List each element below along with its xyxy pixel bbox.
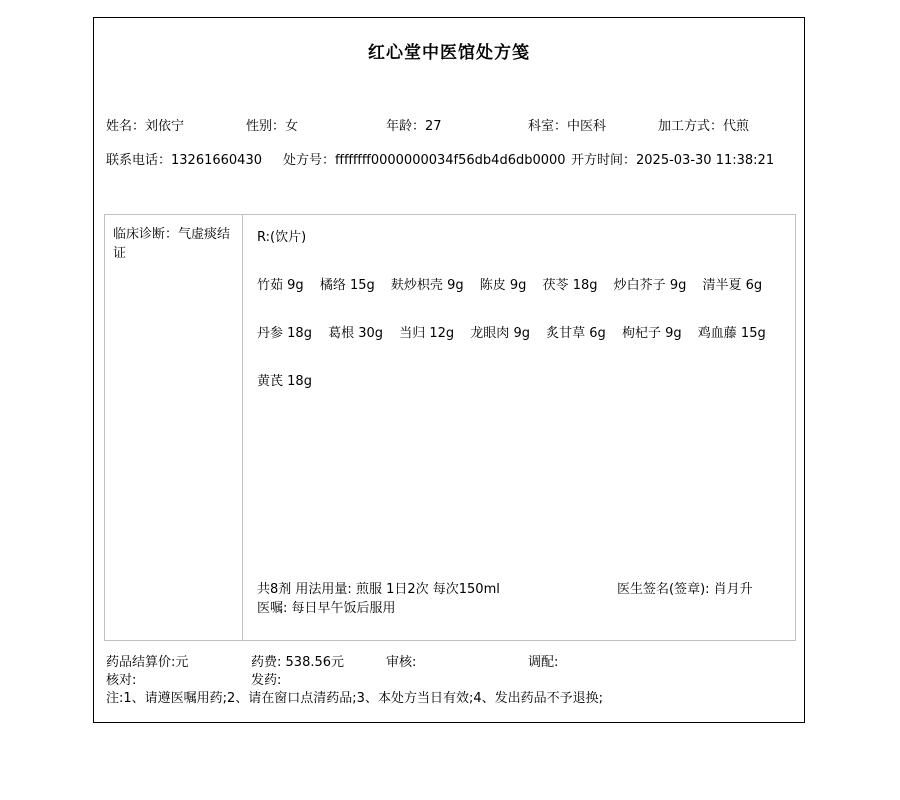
herb-dose: 9g	[670, 278, 687, 293]
field-label: 姓名：	[106, 119, 145, 134]
herb-dose: 6g	[589, 326, 606, 341]
prescription-table: 临床诊断：气虚痰结证 R:(饮片) 竹茹 9g 橘络 15g 麸炒枳壳 9g 陈…	[104, 214, 796, 641]
herb-item: 龙眼肉 9g	[470, 326, 530, 341]
prescription-sheet: 红心堂中医馆处方笺 姓名：刘依宁 性别：女 年龄：27 科室：中医科 加工方式：…	[93, 17, 805, 723]
herb-name: 麸炒枳壳	[391, 278, 443, 293]
usage-block: 共8剂 用法用量: 煎服 1日2次 每次150ml 医生签名(签章): 肖月升 …	[257, 580, 781, 618]
herb-name: 当归	[399, 326, 425, 341]
field-medicine-fee: 药费: 538.56元	[251, 654, 344, 672]
usage-value: 煎服 1日2次 每次150ml	[356, 582, 500, 597]
herb-name: 黄芪	[257, 374, 283, 389]
prescription-page: 红心堂中医馆处方笺 姓名：刘依宁 性别：女 年龄：27 科室：中医科 加工方式：…	[0, 0, 900, 800]
field-label: 处方号：	[283, 153, 335, 168]
herb-dose: 6g	[746, 278, 763, 293]
field-label: 发药:	[251, 673, 281, 688]
herb-name: 橘络	[320, 278, 346, 293]
herb-dose: 18g	[287, 374, 312, 389]
herb-dose: 9g	[287, 278, 304, 293]
herb-item: 橘络 15g	[320, 278, 375, 293]
herb-dose: 9g	[665, 326, 682, 341]
field-processing-method: 加工方式：代煎	[658, 118, 749, 136]
herb-item: 清半夏 6g	[703, 278, 763, 293]
rx-header: R:(饮片)	[257, 229, 781, 247]
herb-dose: 9g	[510, 278, 527, 293]
field-value: 刘依宁	[145, 119, 184, 134]
instruction-label: 医嘱:	[257, 601, 287, 616]
usage-label: 用法用量:	[295, 582, 351, 597]
herb-name: 炒白芥子	[614, 278, 666, 293]
field-value: 女	[285, 119, 298, 134]
field-phone: 联系电话：13261660430	[106, 152, 262, 170]
herb-dose: 18g	[573, 278, 598, 293]
herb-dose: 15g	[350, 278, 375, 293]
doctor-signature-label: 医生签名(签章):	[617, 582, 710, 597]
field-label: 加工方式：	[658, 119, 723, 134]
herb-item: 鸡血藤 15g	[698, 326, 766, 341]
herb-item: 茯苓 18g	[543, 278, 598, 293]
patient-info-row-2: 联系电话：13261660430 处方号：ffffffff0000000034f…	[94, 152, 804, 170]
instruction-line: 医嘱: 每日早午饭后服用	[257, 599, 781, 618]
herb-item: 陈皮 9g	[480, 278, 527, 293]
field-value: 538.56元	[281, 655, 344, 670]
field-value: 13261660430	[171, 153, 262, 168]
herb-name: 丹参	[257, 326, 283, 341]
footer-note: 注:1、请遵医嘱用药;2、请在窗口点清药品;3、本处方当日有效;4、发出药品不予…	[106, 691, 603, 706]
footer-note-row: 注:1、请遵医嘱用药;2、请在窗口点清药品;3、本处方当日有效;4、发出药品不予…	[106, 690, 792, 708]
herb-item: 当归 12g	[399, 326, 454, 341]
field-settlement-price: 药品结算价:元	[106, 654, 188, 672]
doctor-signature-name: 肖月升	[714, 582, 753, 597]
field-department: 科室：中医科	[528, 118, 606, 136]
herb-line-1: 竹茹 9g 橘络 15g 麸炒枳壳 9g 陈皮 9g 茯苓 18g 炒白芥子 9…	[257, 277, 781, 295]
field-label: 性别：	[246, 119, 285, 134]
field-dispense-prepare: 调配:	[528, 654, 558, 672]
herb-item: 黄芪 18g	[257, 374, 312, 389]
field-label: 调配:	[528, 655, 558, 670]
page-title: 红心堂中医馆处方笺	[94, 38, 804, 63]
footer-row-1: 药品结算价:元 药费: 538.56元 审核: 调配:	[106, 654, 792, 672]
field-issue-medicine: 发药:	[251, 672, 281, 690]
patient-info-row-1: 姓名：刘依宁 性别：女 年龄：27 科室：中医科 加工方式：代煎	[94, 118, 804, 136]
herb-name: 清半夏	[703, 278, 742, 293]
clinical-diagnosis-cell: 临床诊断：气虚痰结证	[105, 215, 243, 640]
diagnosis-label: 临床诊断：	[113, 227, 178, 242]
field-label: 联系电话：	[106, 153, 171, 168]
herb-item: 枸杞子 9g	[622, 326, 682, 341]
field-gender: 性别：女	[246, 118, 298, 136]
herb-dose: 9g	[513, 326, 530, 341]
herb-line-2: 丹参 18g 葛根 30g 当归 12g 龙眼肉 9g 炙甘草 6g 枸杞子 9…	[257, 325, 781, 343]
instruction-value: 每日早午饭后服用	[292, 601, 396, 616]
usage-line: 共8剂 用法用量: 煎服 1日2次 每次150ml 医生签名(签章): 肖月升	[257, 580, 781, 599]
field-check: 核对:	[106, 672, 136, 690]
field-issue-time: 开方时间：2025-03-30 11:38:21	[571, 152, 774, 170]
herb-item: 炒白芥子 9g	[614, 278, 687, 293]
herb-name: 鸡血藤	[698, 326, 737, 341]
field-value: 元	[175, 655, 188, 670]
field-value: 27	[425, 119, 442, 134]
herb-item: 炙甘草 6g	[546, 326, 606, 341]
field-value: 代煎	[723, 119, 749, 134]
herb-item: 竹茹 9g	[257, 278, 304, 293]
field-label: 开方时间：	[571, 153, 636, 168]
field-age: 年龄：27	[386, 118, 442, 136]
herb-name: 龙眼肉	[470, 326, 509, 341]
field-name: 姓名：刘依宁	[106, 118, 184, 136]
field-label: 审核:	[386, 655, 416, 670]
herb-item: 麸炒枳壳 9g	[391, 278, 464, 293]
herb-dose: 18g	[287, 326, 312, 341]
field-label: 核对:	[106, 673, 136, 688]
field-label: 年龄：	[386, 119, 425, 134]
herb-dose: 9g	[447, 278, 464, 293]
field-label: 科室：	[528, 119, 567, 134]
herb-name: 炙甘草	[546, 326, 585, 341]
field-review: 审核:	[386, 654, 416, 672]
herb-name: 枸杞子	[622, 326, 661, 341]
footer-row-2: 核对: 发药:	[106, 672, 792, 690]
herb-line-3: 黄芪 18g	[257, 373, 781, 391]
herb-name: 茯苓	[543, 278, 569, 293]
field-value: 中医科	[567, 119, 606, 134]
field-label: 药费:	[251, 655, 281, 670]
herb-dose: 30g	[358, 326, 383, 341]
herb-dose: 12g	[429, 326, 454, 341]
field-label: 药品结算价:	[106, 655, 175, 670]
doctor-signature: 医生签名(签章): 肖月升	[617, 580, 753, 599]
field-prescription-number: 处方号：ffffffff0000000034f56db4d6db0000	[283, 152, 566, 170]
herb-name: 陈皮	[480, 278, 506, 293]
herb-item: 丹参 18g	[257, 326, 312, 341]
herb-name: 竹茹	[257, 278, 283, 293]
field-value: ffffffff0000000034f56db4d6db0000	[335, 153, 566, 168]
field-value: 2025-03-30 11:38:21	[636, 153, 774, 168]
rx-content-cell: R:(饮片) 竹茹 9g 橘络 15g 麸炒枳壳 9g 陈皮 9g 茯苓 18g…	[243, 215, 795, 640]
herb-name: 葛根	[328, 326, 354, 341]
total-doses: 共8剂	[257, 582, 291, 597]
herb-dose: 15g	[741, 326, 766, 341]
herb-item: 葛根 30g	[328, 326, 383, 341]
